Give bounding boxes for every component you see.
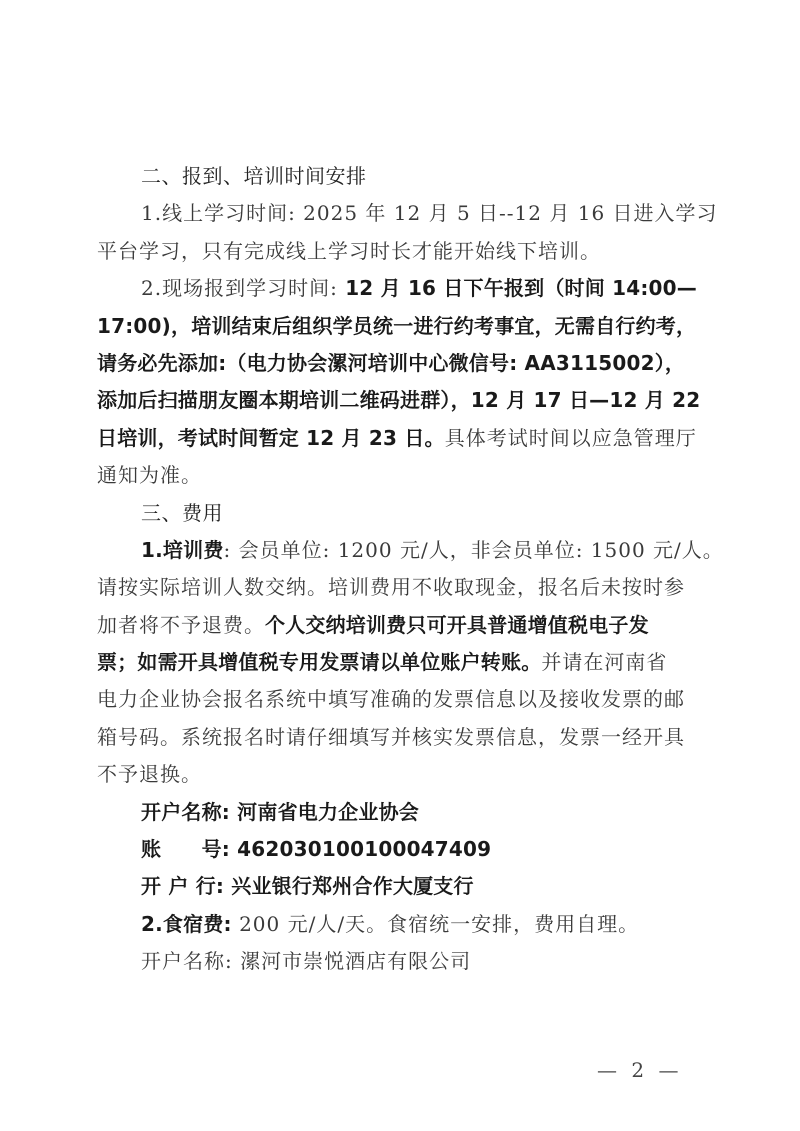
account-number-label: 账 号: [141, 837, 230, 861]
special-invoice-note-bold: 票；如需开具增值税专用发票请以单位账户转账。 [97, 650, 541, 674]
onsite-registration-line4: 添加后扫描朋友圈本期培训二维码进群），12 月 17 日—12 月 22 [97, 382, 699, 419]
training-fee-line7: 不予退换。 [97, 756, 699, 793]
exam-note: 具体考试时间以应急管理厅 [445, 426, 697, 450]
hotel-account-value: 漯河市崇悦酒店有限公司 [233, 949, 471, 973]
training-fee-line5: 电力企业协会报名系统中填写准确的发票信息以及接收发票的邮 [97, 681, 699, 718]
training-fee-line3: 加者将不予退费。个人交纳培训费只可开具普通增值税电子发 [97, 607, 699, 644]
bank-branch-row: 开 户 行: 兴业银行郑州合作大厦支行 [97, 868, 699, 905]
account-name-label: 开户名称: [141, 800, 230, 824]
onsite-time-bold: 12 月 16 日下午报到（时间 14:00— [345, 276, 697, 300]
hotel-account-label: 开户名称: [141, 949, 233, 973]
training-fee-amounts: : 会员单位: 1200 元/人，非会员单位: 1500 元/人。 [224, 538, 724, 562]
accommodation-fee-text: 200 元/人/天。食宿统一安排，费用自理。 [232, 912, 639, 936]
training-fee-line2: 请按实际培训人数交纳。培训费用不收取现金，报名后未按时参 [97, 569, 699, 606]
training-fee-line4: 票；如需开具增值税专用发票请以单位账户转账。并请在河南省 [97, 644, 699, 681]
online-study-paragraph-line1: 1.线上学习时间: 2025 年 12 月 5 日--12 月 16 日进入学习 [97, 195, 699, 232]
onsite-registration-line3: 请务必先添加:（电力协会漯河培训中心微信号: AA3115002）， [97, 345, 699, 382]
exam-date-bold: 日培训，考试时间暂定 12 月 23 日。 [97, 426, 445, 450]
account-name-value: 河南省电力企业协会 [237, 800, 419, 824]
system-note-start: 并请在河南省 [541, 650, 667, 674]
account-number-value: 462030100100047409 [237, 837, 491, 861]
bank-account-name-row: 开户名称: 河南省电力企业协会 [97, 794, 699, 831]
hotel-account-name-row: 开户名称: 漯河市崇悦酒店有限公司 [97, 943, 699, 980]
training-fee-line1: 1.培训费: 会员单位: 1200 元/人，非会员单位: 1500 元/人。 [97, 532, 699, 569]
onsite-registration-line6: 通知为准。 [97, 457, 699, 494]
bank-account-number-row: 账 号: 462030100100047409 [97, 831, 699, 868]
page-number: — 2 — [597, 1058, 682, 1082]
section-heading-schedule: 二、报到、培训时间安排 [97, 158, 699, 195]
onsite-registration-line5: 日培训，考试时间暂定 12 月 23 日。具体考试时间以应急管理厅 [97, 420, 699, 457]
online-study-paragraph-line2: 平台学习，只有完成线上学习时长才能开始线下培训。 [97, 233, 699, 270]
bank-branch-value: 兴业银行郑州合作大厦支行 [231, 874, 473, 898]
no-refund-note: 加者将不予退费。 [97, 613, 265, 637]
onsite-label: 2.现场报到学习时间: [141, 276, 345, 300]
document-page: 二、报到、培训时间安排 1.线上学习时间: 2025 年 12 月 5 日--1… [97, 158, 699, 981]
onsite-registration-line2: 17:00)，培训结束后组织学员统一进行约考事宜，无需自行约考， [97, 308, 699, 345]
section-heading-fees: 三、费用 [97, 495, 699, 532]
onsite-registration-line1: 2.现场报到学习时间: 12 月 16 日下午报到（时间 14:00— [97, 270, 699, 307]
invoice-note-bold: 个人交纳培训费只可开具普通增值税电子发 [265, 613, 649, 637]
accommodation-fee-label: 2.食宿费: [141, 912, 232, 936]
training-fee-line6: 箱号码。系统报名时请仔细填写并核实发票信息，发票一经开具 [97, 719, 699, 756]
bank-branch-label: 开 户 行: [141, 874, 224, 898]
training-fee-label: 1.培训费 [141, 538, 224, 562]
accommodation-fee-row: 2.食宿费: 200 元/人/天。食宿统一安排，费用自理。 [97, 906, 699, 943]
